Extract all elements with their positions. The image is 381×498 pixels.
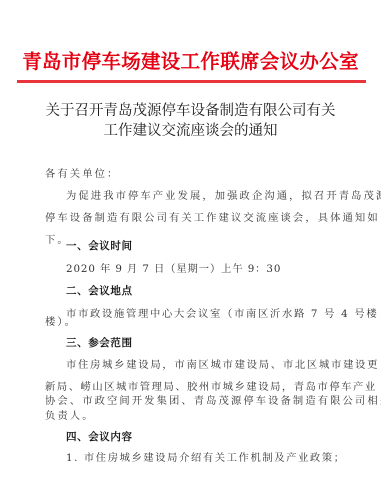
section-heading-time: 一、会议时间	[66, 238, 133, 253]
title-line-2: 工作建议交流座谈会的通知	[0, 121, 381, 141]
location-line-1: 市市政设施管理中心大会议室（市南区沂水路 7 号 4 号楼 3	[66, 305, 381, 320]
section-heading-attendees: 三、参会范围	[66, 335, 133, 350]
document-title: 关于召开青岛茂源停车设备制造有限公司有关 工作建议交流座谈会的通知	[0, 101, 381, 141]
org-header: 青岛市停车场建设工作联席会议办公室	[0, 50, 381, 74]
attendees-line-4: 负责人。	[45, 407, 95, 422]
title-line-1: 关于召开青岛茂源停车设备制造有限公司有关	[0, 101, 381, 121]
attendees-line-1: 市住房城乡建设局，市南区城市建设局、市北区城市建设更	[66, 356, 379, 371]
location-line-2: 楼）。	[45, 313, 77, 328]
meeting-time: 2020 年 9 月 7 日（星期一）上午 9：30	[66, 260, 281, 275]
document-page: 青岛市停车场建设工作联席会议办公室 关于召开青岛茂源停车设备制造有限公司有关 工…	[0, 0, 381, 498]
intro-line-2: 停车设备制造有限公司有关工作建议交流座谈会，具体通知如	[45, 209, 380, 224]
red-header-rule	[17, 80, 366, 83]
section-heading-location: 二、会议地点	[66, 283, 133, 298]
attendees-line-2: 新局、崂山区城市管理局、胶州市城乡建设局，青岛市停车产业	[45, 378, 377, 393]
agenda-item-1: 1. 市住房城乡建设局介绍有关工作机制及产业政策；	[66, 449, 346, 464]
salutation: 各有关单位：	[45, 165, 119, 180]
section-heading-agenda: 四、会议内容	[66, 429, 133, 444]
intro-line-1: 为促进我市停车产业发展，加强政企沟通，拟召开青岛茂源	[66, 187, 381, 202]
attendees-line-3: 协会、市政空间开发集团、青岛茂源停车设备制造有限公司相关	[45, 392, 381, 407]
